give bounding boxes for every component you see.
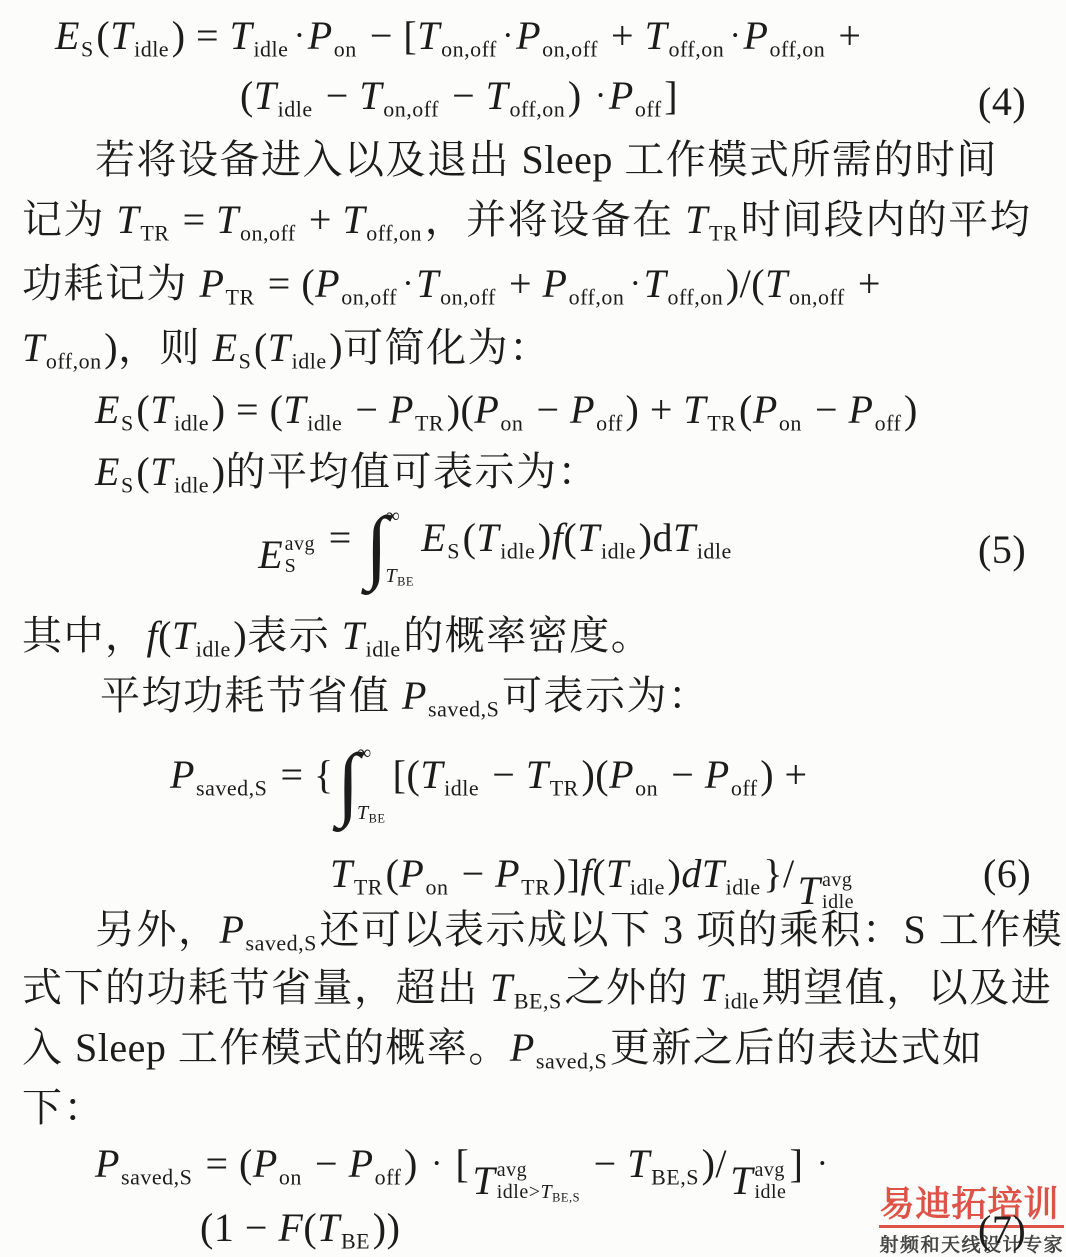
subscript: on,off	[789, 285, 845, 310]
math-variable: P	[95, 1141, 120, 1186]
subscript: TR	[140, 221, 169, 246]
integral-limits: ∞TBE	[357, 742, 385, 824]
upper-limit: ∞	[357, 743, 385, 763]
math-roman: saved,S	[196, 775, 267, 800]
math-variable: E	[55, 13, 80, 58]
math-variable: f	[581, 851, 593, 896]
math-roman: idle	[630, 874, 665, 899]
text-run: 工作模式的概率。	[166, 1025, 510, 1070]
math-dot-operator: •	[592, 87, 609, 106]
math-roman: (	[739, 387, 753, 432]
math-variable: T	[702, 851, 725, 896]
math-roman: −	[451, 851, 495, 896]
math-dot-operator: •	[428, 1155, 445, 1174]
math-dot-operator: •	[499, 27, 516, 46]
math-roman: avg	[822, 869, 852, 891]
math-roman: ∞	[357, 742, 372, 764]
math-roman: (	[463, 515, 477, 560]
watermark-subtitle: 射频和天线设计专家	[879, 1230, 1064, 1257]
math-roman: idle	[697, 538, 732, 563]
math-variable: T	[417, 13, 440, 58]
subscript: BE,S	[514, 989, 562, 1014]
math-roman: )	[904, 387, 918, 432]
math-roman: = (	[257, 261, 315, 306]
subscript: idle	[278, 97, 313, 122]
subscript: idle	[366, 637, 401, 662]
math-variable: E	[95, 387, 120, 432]
equation-7-line-1: Psaved,S = (Pon − Poff) • [Tavgidle>TBE,…	[95, 1142, 831, 1204]
subscript: S	[447, 539, 460, 564]
math-roman: =	[172, 197, 216, 242]
subscript: off	[731, 776, 758, 801]
paragraph-2-line-1: 另外，Psaved,S还可以表示成以下 3 项的乘积：S 工作模	[95, 908, 1063, 953]
stacked-script: EavgS	[258, 533, 315, 578]
math-roman: idle	[601, 538, 636, 563]
math-roman: = (	[195, 1141, 253, 1186]
equation-6-line-2: TTR(Pon − PTR)]f(Tidle)dTidle}/Tavgidle	[330, 852, 857, 914]
math-roman: )	[104, 325, 118, 370]
math-roman: )	[404, 1141, 428, 1186]
subscript: BE	[369, 813, 386, 825]
paragraph-2-line-4: 下：	[22, 1086, 105, 1131]
subscript: off	[635, 97, 662, 122]
math-variable: T	[150, 387, 173, 432]
subscript: off,on	[366, 221, 422, 246]
math-variable: T	[490, 965, 513, 1010]
text-run: 的概率密度。	[403, 613, 652, 658]
math-variable: T	[254, 73, 277, 118]
subscript: TR	[521, 875, 550, 900]
subscript: S	[121, 473, 134, 498]
subscript: on,off	[441, 37, 497, 62]
subscript: idle	[307, 411, 342, 436]
math-variable: T	[627, 1141, 650, 1186]
math-roman: (	[386, 851, 400, 896]
math-variable: T	[22, 325, 45, 370]
math-variable: T	[230, 13, 253, 58]
paragraph-2-line-2: 式下的功耗节省量，超出 TBE,S之外的 Tidle期望值，以及进	[22, 966, 1052, 1011]
math-variable: T	[476, 515, 499, 560]
math-variable: T	[359, 73, 382, 118]
math-variable: P	[609, 73, 634, 118]
math-variable: T	[420, 752, 443, 797]
math-roman: )(	[581, 752, 609, 797]
math-variable: P	[570, 387, 595, 432]
math-roman: )/	[702, 1141, 727, 1186]
math-dot-operator: •	[627, 275, 644, 294]
math-roman: S	[239, 348, 252, 373]
subscript: off,on	[569, 285, 625, 310]
math-roman: avg	[754, 1159, 784, 1181]
text-run: 更新之后的表达式如	[610, 1025, 984, 1070]
text-where-density: 其中，f(Tidle)表示 Tidle的概率密度。	[22, 614, 652, 659]
subscript: idle	[697, 539, 732, 564]
math-variable: T	[268, 325, 291, 370]
subscript: S	[121, 411, 134, 436]
text-run: 还可以表示成以下 3 项的乘积：S 工作模	[319, 907, 1063, 952]
math-roman: (5)	[978, 527, 1026, 572]
math-roman: (4)	[978, 79, 1026, 124]
math-roman: +	[847, 261, 881, 306]
paragraph-1-line-3: 功耗记为 PTR = (Pon,off•Ton,off + Poff,on•To…	[22, 262, 881, 307]
math-roman: )d	[639, 515, 673, 560]
subscript: idle	[630, 875, 665, 900]
superscript: avg	[497, 1160, 580, 1180]
math-variable: P	[543, 261, 568, 306]
math-roman: TR	[707, 410, 736, 435]
math-roman: (	[158, 613, 172, 658]
text-run: 入	[22, 1025, 75, 1070]
math-roman: off,on	[569, 284, 625, 309]
math-variable: T	[330, 851, 353, 896]
math-roman: off	[875, 410, 902, 435]
math-roman: )	[568, 73, 592, 118]
subscript: BE,S	[552, 1192, 580, 1204]
math-dot-operator: •	[727, 27, 744, 46]
math-variable: P	[510, 1025, 535, 1070]
text-run: ，并将设备在	[425, 197, 686, 242]
math-roman: off,on	[667, 284, 723, 309]
integral: ∫∞TBE	[365, 505, 414, 587]
math-roman: on	[334, 36, 357, 61]
math-roman: (	[592, 851, 606, 896]
subscript: idle	[253, 37, 288, 62]
subscript: S	[81, 37, 94, 62]
math-roman: on	[279, 1164, 302, 1189]
paragraph-2-line-3: 入 Sleep 工作模式的概率。Psaved,S更新之后的表达式如	[22, 1026, 983, 1071]
math-roman: +	[828, 13, 862, 58]
watermark-title: 易迪拓培训	[879, 1187, 1064, 1228]
math-roman: TR	[415, 410, 444, 435]
math-roman: BE	[341, 1228, 370, 1253]
math-roman: saved,S	[121, 1164, 192, 1189]
equation-number-4: (4)	[978, 80, 1026, 125]
math-roman: idle	[292, 348, 327, 373]
math-variable: T	[730, 1159, 752, 1204]
math-roman: [(	[393, 752, 421, 797]
math-roman: ]	[664, 73, 678, 118]
math-variable: T	[673, 515, 696, 560]
math-variable: P	[170, 752, 195, 797]
math-roman: (	[96, 13, 110, 58]
integral: ∫∞TBE	[337, 742, 386, 824]
math-roman: TR	[354, 874, 383, 899]
subscript: on	[279, 1165, 302, 1190]
math-variable: T	[577, 515, 600, 560]
math-roman: BE,S	[514, 988, 562, 1013]
math-roman: (	[240, 73, 254, 118]
math-roman: ) =	[172, 13, 230, 58]
subscript: idle	[134, 37, 169, 62]
math-variable: P	[609, 752, 634, 797]
math-roman: TR	[709, 220, 738, 245]
math-roman: BE	[369, 812, 386, 826]
subscript: S	[285, 556, 315, 576]
text-run: ，则	[118, 325, 213, 370]
paragraph-1-line-2: 记为 TTR = Ton,off + Toff,on，并将设备在 TTR时间段内…	[22, 198, 1031, 243]
math-roman: (	[254, 325, 268, 370]
math-roman: on,off	[240, 220, 296, 245]
math-variable: P	[315, 261, 340, 306]
math-roman: idle	[278, 96, 313, 121]
equation-4-line-2: (Tidle − Ton,off − Toff,on) •Poff]	[240, 74, 678, 119]
math-roman: =	[318, 515, 362, 560]
subscript: on	[635, 776, 658, 801]
upper-limit: ∞	[386, 506, 414, 526]
text-run: 式下的功耗节省量，超出	[22, 965, 490, 1010]
math-roman: )	[538, 515, 552, 560]
math-dot-operator: •	[814, 1155, 831, 1174]
math-variable: P	[389, 387, 414, 432]
math-roman: idle	[196, 636, 231, 661]
subscript: TR	[354, 875, 383, 900]
math-roman: off	[596, 410, 623, 435]
subscript: idle>TBE,S	[497, 1182, 580, 1202]
math-variable: f	[147, 613, 159, 658]
math-roman: S	[447, 538, 460, 563]
math-roman: on	[779, 410, 802, 435]
script-column: avgidle	[752, 1159, 786, 1204]
math-roman: idle	[444, 775, 479, 800]
equation-7-line-2: (1 − F(TBE))	[200, 1206, 400, 1251]
math-roman: off,on	[366, 220, 422, 245]
math-roman: idle	[174, 410, 209, 435]
math-roman: on,off	[542, 36, 598, 61]
math-roman: idle	[366, 636, 401, 661]
text-run: 记为	[22, 197, 117, 242]
scanned-paper-page: ES(Tidle) = Tidle•Pon − [Ton,off•Pon,off…	[0, 0, 1066, 1257]
math-variable: P	[200, 261, 225, 306]
math-variable: P	[253, 1141, 278, 1186]
math-roman: idle	[134, 36, 169, 61]
math-roman: on,off	[440, 284, 496, 309]
math-variable: T	[172, 613, 195, 658]
subscript: idle	[174, 473, 209, 498]
math-variable: T	[685, 197, 708, 242]
math-variable: T	[357, 802, 369, 824]
text-run: 表示	[247, 613, 342, 658]
math-roman: ) +	[626, 387, 684, 432]
subscript: saved,S	[246, 931, 317, 956]
subscript: TR	[226, 285, 255, 310]
math-roman: Sleep	[522, 137, 613, 182]
math-roman: ) = (	[212, 387, 284, 432]
math-variable: P	[753, 387, 778, 432]
paragraph-1-line-4: Toff,on)，则 ES(Tidle)可简化为：	[22, 326, 551, 371]
text-run: 另外，	[95, 907, 220, 952]
math-roman: (	[136, 449, 150, 494]
text-run: 之外的	[564, 965, 700, 1010]
subscript: on	[425, 875, 448, 900]
math-roman: S	[121, 410, 134, 435]
subscript: on,off	[440, 285, 496, 310]
math-roman: avg	[497, 1159, 527, 1181]
subscript: idle	[174, 411, 209, 436]
math-variable: E	[95, 449, 120, 494]
math-variable: P	[495, 851, 520, 896]
math-roman: S	[121, 472, 134, 497]
math-roman: (6)	[983, 851, 1031, 896]
math-variable: T	[117, 197, 140, 242]
math-roman: off	[731, 775, 758, 800]
superscript: avg	[754, 1160, 786, 1180]
subscript: off,on	[510, 97, 566, 122]
math-variable: P	[474, 387, 499, 432]
subscript: BE,S	[651, 1165, 699, 1190]
math-variable: T	[486, 73, 509, 118]
script-column: avgidle>TBE,S	[495, 1159, 580, 1204]
paragraph-1-line-1: 若将设备进入以及退出 Sleep 工作模式所需的时间	[95, 138, 998, 183]
subscript: off,on	[770, 37, 826, 62]
math-roman: −	[526, 387, 570, 432]
math-roman: on	[500, 410, 523, 435]
math-roman: ∞	[386, 505, 401, 527]
math-roman: S	[81, 36, 94, 61]
equation-simplified: ES(Tidle) = (Tidle − PTR)(Pon − Poff) + …	[95, 388, 918, 433]
math-roman: on,off	[789, 284, 845, 309]
math-roman: idle>	[497, 1181, 541, 1203]
math-variable: E	[421, 515, 446, 560]
math-roman: idle	[307, 410, 342, 435]
math-roman: −	[305, 1141, 349, 1186]
math-variable: T	[216, 197, 239, 242]
math-roman: on,off	[441, 36, 497, 61]
equation-number-5: (5)	[978, 528, 1026, 573]
math-roman: S	[285, 555, 297, 577]
lower-limit: TBE	[357, 803, 385, 823]
subscript: idle	[601, 539, 636, 564]
subscript: on,off	[341, 285, 397, 310]
equation-5: EavgS = ∫∞TBEES(Tidle)f(Tidle)dTidle	[255, 505, 734, 587]
math-roman: (1 −	[200, 1205, 278, 1250]
math-roman: TR	[521, 874, 550, 899]
subscript: idle	[726, 875, 761, 900]
math-roman: on	[425, 874, 448, 899]
subscript: idle	[724, 989, 759, 1014]
math-roman: off,on	[770, 36, 826, 61]
math-roman: )(	[447, 387, 475, 432]
equation-6-line-1: Psaved,S = {∫∞TBE[(Tidle − TTR)(Pon − Po…	[170, 742, 808, 824]
subscript: idle	[292, 349, 327, 374]
math-roman: − [	[359, 13, 417, 58]
math-variable: T	[416, 261, 439, 306]
subscript: off,on	[667, 285, 723, 310]
math-roman: −	[661, 752, 705, 797]
math-roman: off,on	[668, 36, 724, 61]
math-roman: −	[442, 73, 486, 118]
math-variable: F	[278, 1205, 303, 1250]
equation-number-7: (7)	[978, 1208, 1026, 1253]
math-roman: BE	[397, 575, 414, 589]
math-variable: P	[516, 13, 541, 58]
superscript: avg	[822, 870, 854, 890]
math-variable: T	[342, 613, 365, 658]
math-variable: T	[541, 1181, 553, 1203]
math-roman: +	[601, 13, 645, 58]
math-variable: T	[473, 1159, 495, 1204]
text-run: 下：	[22, 1085, 105, 1130]
math-variable: T	[683, 387, 706, 432]
subscript: idle	[500, 539, 535, 564]
subscript: off	[875, 411, 902, 436]
text-run: 可表示为：	[502, 673, 710, 718]
math-variable: P	[705, 752, 730, 797]
math-roman: off,on	[46, 348, 102, 373]
math-roman: off,on	[510, 96, 566, 121]
math-variable: P	[849, 387, 874, 432]
math-variable: P	[743, 13, 768, 58]
math-dot-operator: •	[400, 275, 417, 294]
math-variable: T	[765, 261, 788, 306]
math-roman: idle	[754, 1181, 786, 1203]
math-roman: off	[375, 1164, 402, 1189]
subscript: off	[596, 411, 623, 436]
subscript: idle	[196, 637, 231, 662]
math-variable: T	[150, 449, 173, 494]
lower-limit: TBE	[386, 566, 414, 586]
subscript: on,off	[240, 221, 296, 246]
stacked-script: Tavgidle>TBE,S	[473, 1159, 580, 1204]
math-roman: )	[329, 325, 343, 370]
math-variable: P	[349, 1141, 374, 1186]
subscript: TR	[707, 411, 736, 436]
math-roman: (	[563, 515, 577, 560]
math-roman: on,off	[341, 284, 397, 309]
math-roman: (	[136, 387, 150, 432]
math-variable: E	[258, 533, 282, 578]
text-run: 时间段内的平均	[741, 197, 1032, 242]
subscript: on	[334, 37, 357, 62]
watermark: 易迪拓培训 射频和天线设计专家	[879, 1187, 1064, 1257]
math-roman: −	[583, 1141, 627, 1186]
math-dot-operator: •	[291, 27, 308, 46]
math-variable: T	[606, 851, 629, 896]
math-roman: TR	[550, 775, 579, 800]
math-roman: −	[482, 752, 526, 797]
text-psaved-intro: 平均功耗节省值 Psaved,S可表示为：	[100, 674, 709, 719]
subscript: TR	[709, 221, 738, 246]
math-roman: off	[635, 96, 662, 121]
math-variable: T	[283, 387, 306, 432]
math-variable: P	[308, 13, 333, 58]
math-roman: idle	[724, 988, 759, 1013]
math-roman: saved,S	[536, 1048, 607, 1073]
math-roman: idle	[253, 36, 288, 61]
subscript: BE	[341, 1229, 370, 1254]
math-roman: −	[315, 73, 359, 118]
math-variable: T	[526, 752, 549, 797]
math-variable: T	[645, 13, 668, 58]
text-run: 工作模式所需的时间	[613, 137, 998, 182]
math-roman: avg	[285, 533, 315, 555]
text-run: 若将设备进入以及退出	[95, 137, 522, 182]
math-roman: +	[298, 197, 342, 242]
text-run: 其中，	[22, 613, 147, 658]
text-run: 功耗记为	[22, 261, 200, 306]
math-roman: idle	[174, 472, 209, 497]
subscript: on,off	[542, 37, 598, 62]
math-variable: P	[220, 907, 245, 952]
text-run: 平均功耗节省值	[100, 673, 402, 718]
math-variable: E	[213, 325, 238, 370]
math-roman: −	[804, 387, 848, 432]
subscript: TR	[550, 776, 579, 801]
subscript: TR	[415, 411, 444, 436]
math-roman: )]	[553, 851, 581, 896]
integral-limits: ∞TBE	[386, 505, 414, 587]
text-average-intro: ES(Tidle)的平均值可表示为：	[95, 450, 599, 495]
subscript: on,off	[383, 97, 439, 122]
